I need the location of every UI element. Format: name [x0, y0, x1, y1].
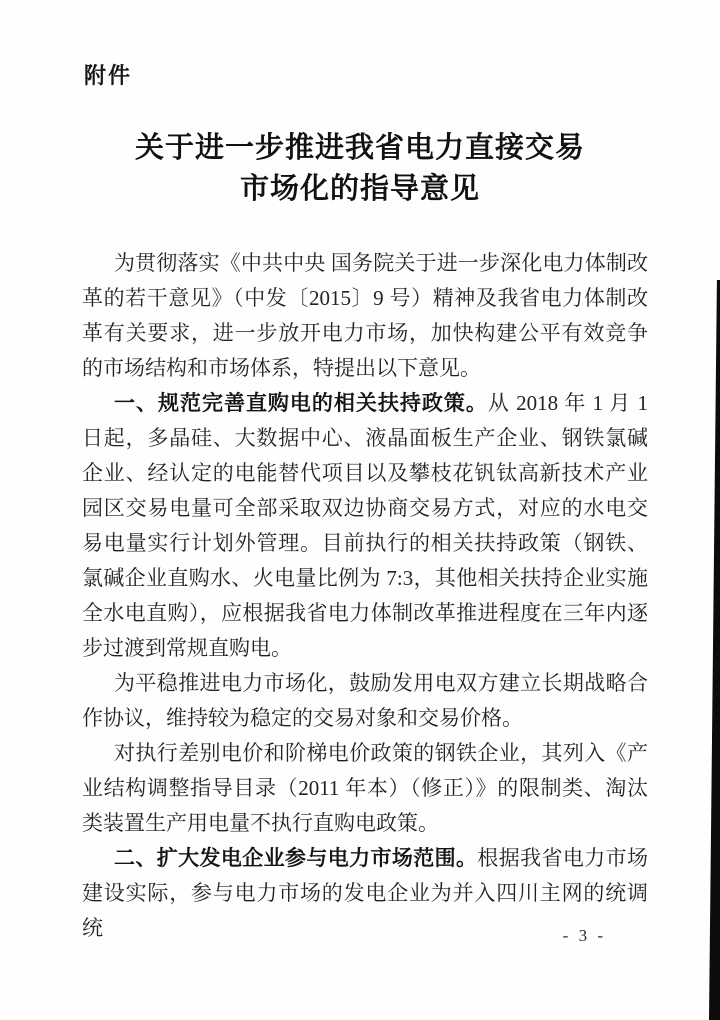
paragraph-text-run: 为贯彻落实《中共中央 国务院关于进一步深化电力体制改革的若干意见》（中发〔201…: [82, 251, 648, 380]
paragraph-text-run: 为平稳推进电力市场化，鼓励发用电双方建立长期战略合作协议，维持较为稳定的交易对象…: [82, 671, 648, 730]
document-title-line2: 市场化的指导意见: [0, 169, 720, 210]
page-number: - 3 -: [563, 926, 606, 946]
paragraph: 为平稳推进电力市场化，鼓励发用电双方建立长期战略合作协议，维持较为稳定的交易对象…: [82, 666, 648, 736]
paragraph: 一、规范完善直购电的相关扶持政策。从 2018 年 1 月 1 日起，多晶硅、大…: [82, 386, 648, 666]
scan-edge-artifact: [709, 280, 720, 1020]
paragraph-heading-run: 一、规范完善直购电的相关扶持政策。: [114, 392, 488, 415]
paragraph: 对执行差别电价和阶梯电价政策的钢铁企业，其列入《产业结构调整指导目录（2011 …: [82, 736, 648, 841]
attachment-label: 附件: [84, 59, 132, 90]
document-title: 关于进一步推进我省电力直接交易 市场化的指导意见: [0, 128, 720, 210]
document-page: 附件 关于进一步推进我省电力直接交易 市场化的指导意见 为贯彻落实《中共中央 国…: [0, 0, 720, 1020]
paragraph-text-run: 从 2018 年 1 月 1 日起，多晶硅、大数据中心、液晶面板生产企业、钢铁氯…: [82, 391, 648, 660]
paragraph-text-run: 对执行差别电价和阶梯电价政策的钢铁企业，其列入《产业结构调整指导目录（2011 …: [82, 741, 648, 835]
document-body: 为贯彻落实《中共中央 国务院关于进一步深化电力体制改革的若干意见》（中发〔201…: [82, 246, 648, 946]
document-title-line1: 关于进一步推进我省电力直接交易: [0, 128, 720, 169]
paragraph-heading-run: 二、扩大发电企业参与电力市场范围。: [114, 847, 477, 870]
paragraph: 为贯彻落实《中共中央 国务院关于进一步深化电力体制改革的若干意见》（中发〔201…: [82, 246, 648, 386]
